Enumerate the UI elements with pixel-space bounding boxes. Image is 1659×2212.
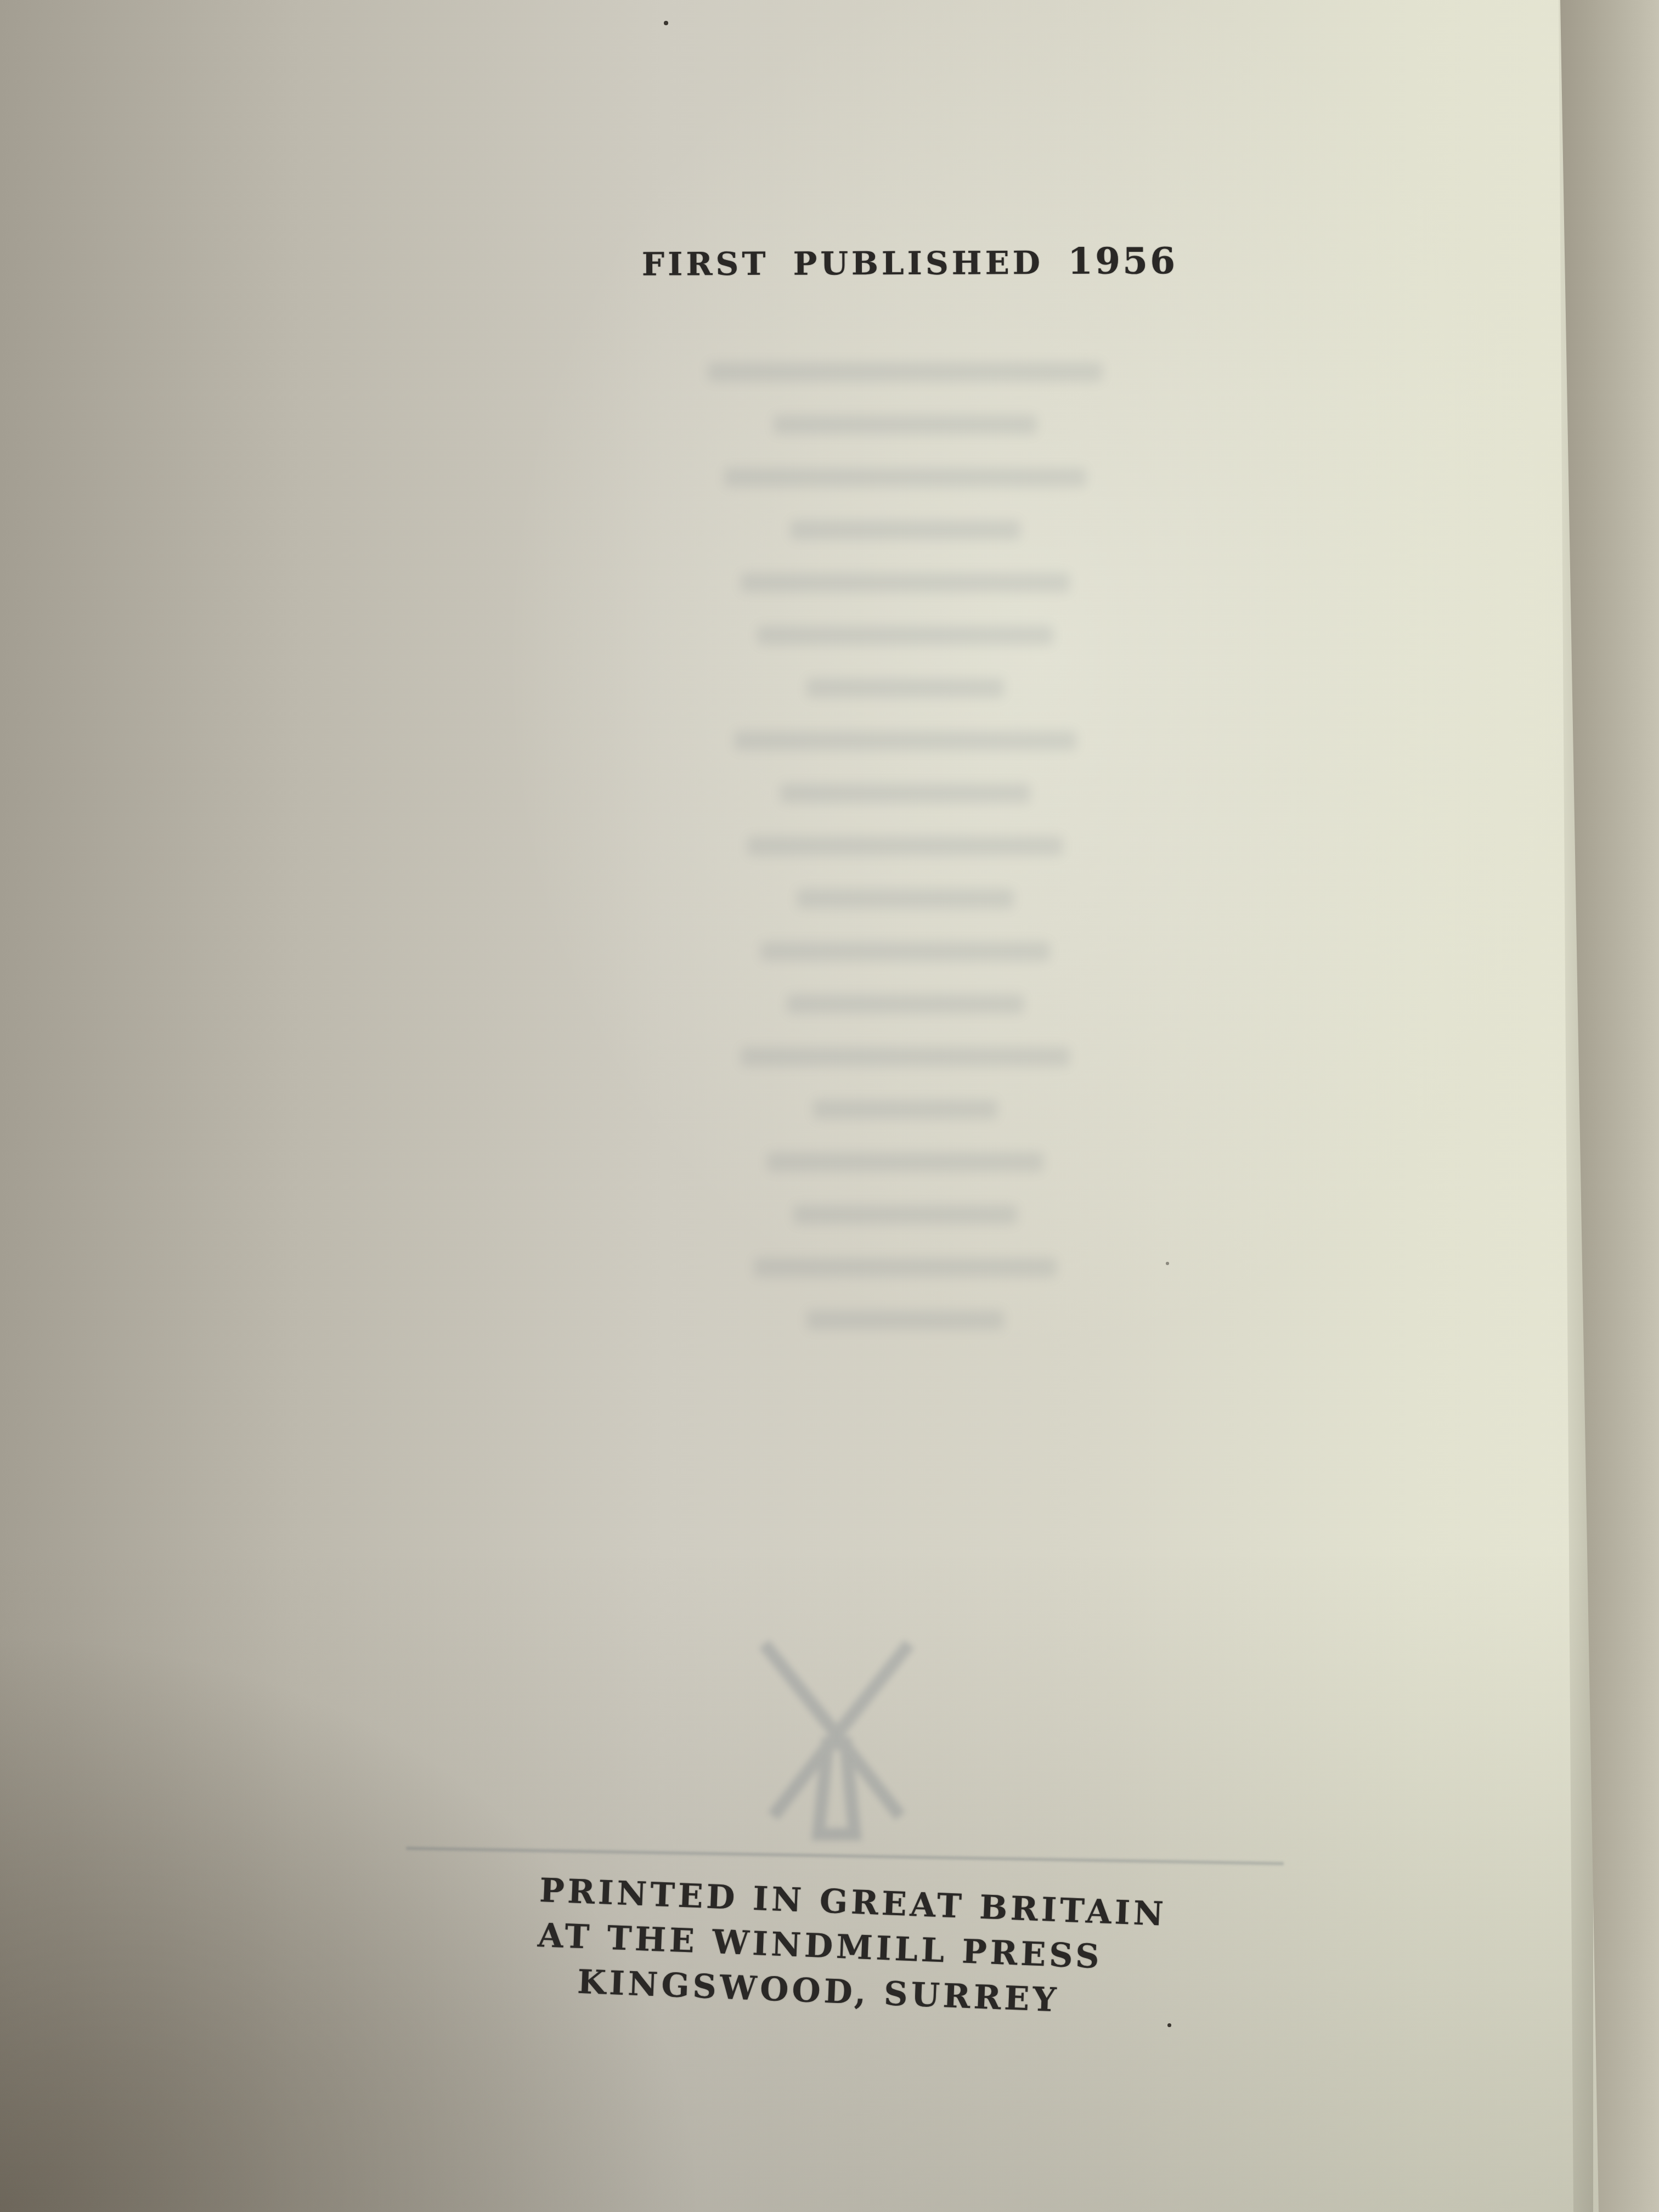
paper-speck [1167, 2023, 1171, 2027]
windmill-logo-show-through-icon [746, 1635, 927, 1843]
publication-year: 1956 [1068, 239, 1177, 283]
first-published-label: FIRST PUBLISHED [642, 244, 1043, 283]
first-published-line: FIRST PUBLISHED 1956 [642, 239, 1177, 284]
paper-speck [1166, 1262, 1169, 1265]
printer-line-2-word: AT [537, 1913, 594, 1960]
paper-speck [664, 21, 668, 25]
printer-line-2-word: THE [606, 1916, 698, 1964]
book-page-photo: FIRST PUBLISHED 1956 PRINTED IN GREAT BR… [0, 0, 1659, 2212]
show-through-rule [406, 1847, 1284, 1865]
printer-colophon: PRINTED IN GREAT BRITAIN AT THE WINDMILL… [535, 1868, 1105, 2024]
printer-line-2-word: PRESS [961, 1929, 1103, 1980]
